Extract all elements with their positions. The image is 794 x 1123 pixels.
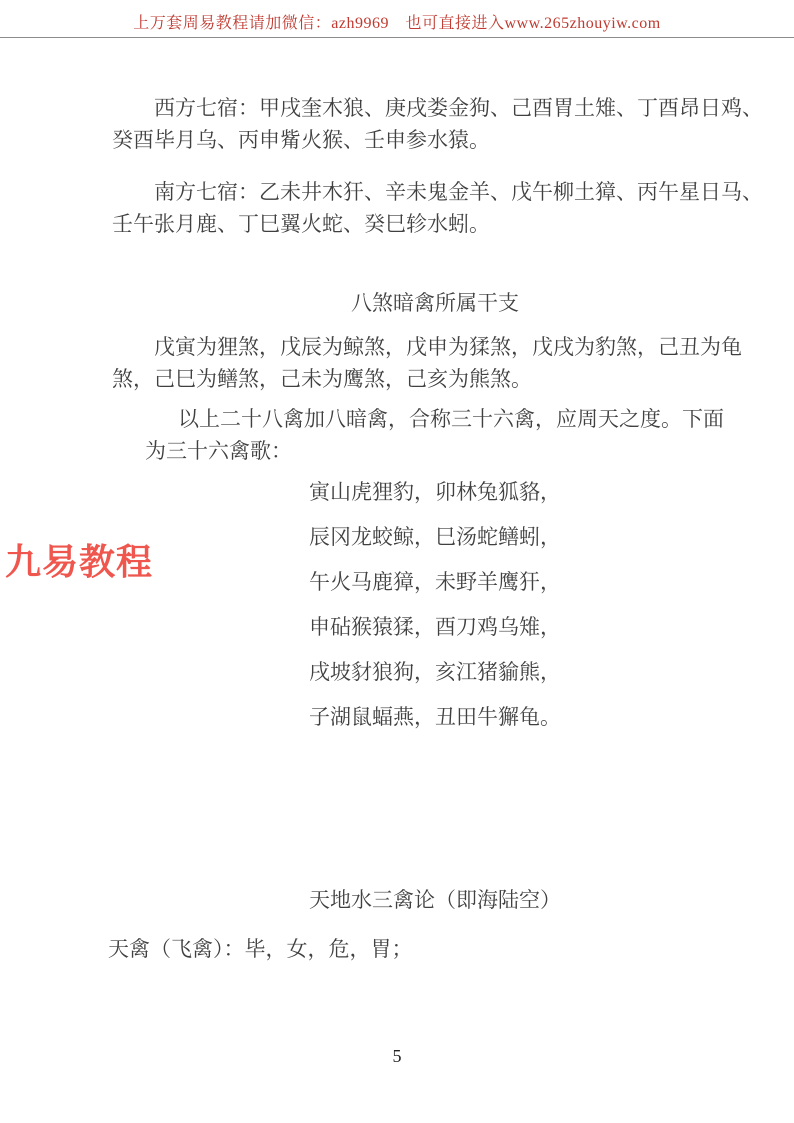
paragraph-line: 为三十六禽歌： — [112, 435, 732, 467]
heading-text: 八煞暗禽所属干支 — [351, 291, 519, 315]
paragraph-line: 癸酉毕月乌、丙申觜火猴、壬申参水猿。 — [112, 124, 732, 156]
verse-line: 午火马鹿獐，未野羊鹰犴， — [76, 560, 794, 605]
paragraph-line: 天禽（飞禽）：毕，女，危，胃； — [108, 933, 728, 965]
paragraph-line: 戊寅为狸煞，戊辰为鲸煞，戊申为猱煞，戊戌为豹煞，己丑为龟 — [112, 331, 732, 363]
watermark-text: 九易教程 — [5, 541, 153, 585]
verse-line: 戌坡豺狼狗，亥江猪貐熊， — [76, 650, 794, 695]
verse-line: 寅山虎狸豹，卯林兔狐貉， — [76, 470, 794, 515]
paragraph-west-seven-mansions: 西方七宿：甲戌奎木狼、庚戌娄金狗、己酉胃土雉、丁酉昂日鸡、 癸酉毕月乌、丙申觜火… — [112, 92, 732, 156]
verse-line: 子湖鼠蝠燕，丑田牛獬龟。 — [76, 695, 794, 740]
section-heading-eight-sha: 八煞暗禽所属干支 — [76, 287, 794, 317]
paragraph-south-seven-mansions: 南方七宿：乙未井木犴、辛未鬼金羊、戊午柳土獐、丙午星日马、 壬午张月鹿、丁巳翼火… — [112, 176, 732, 240]
page-header: 上万套周易教程请加微信：azh9969 也可直接进入www.265zhouyiw… — [0, 10, 794, 33]
paragraph-heaven-birds: 天禽（飞禽）：毕，女，危，胃； — [108, 933, 728, 965]
paragraph-line: 煞，己巳为鳝煞，己未为鹰煞，己亥为熊煞。 — [112, 363, 732, 395]
paragraph-line: 以上二十八禽加八暗禽，合称三十六禽，应周天之度。下面 — [112, 403, 732, 435]
page-number: 5 — [0, 1046, 794, 1067]
header-promo-text: 上万套周易教程请加微信：azh9969 也可直接进入www.265zhouyiw… — [133, 15, 660, 32]
paragraph-eight-sha: 戊寅为狸煞，戊辰为鲸煞，戊申为猱煞，戊戌为豹煞，己丑为龟 煞，己巳为鳝煞，己未为… — [112, 331, 732, 395]
document-page: 上万套周易教程请加微信：azh9969 也可直接进入www.265zhouyiw… — [0, 0, 794, 1123]
verse-line: 申砧猴猿猱，酉刀鸡乌雉， — [76, 605, 794, 650]
paragraph-line: 壬午张月鹿、丁巳翼火蛇、癸巳轸水蚓。 — [112, 208, 732, 240]
heading-text: 天地水三禽论（即海陆空） — [309, 888, 561, 912]
paragraph-line: 西方七宿：甲戌奎木狼、庚戌娄金狗、己酉胃土雉、丁酉昂日鸡、 — [112, 92, 732, 124]
verse-thirty-six-birds-song: 寅山虎狸豹，卯林兔狐貉， 辰冈龙蛟鲸，巳汤蛇鳝蚓， 午火马鹿獐，未野羊鹰犴， 申… — [76, 470, 794, 740]
header-divider — [0, 37, 794, 38]
paragraph-thirty-six-summary: 以上二十八禽加八暗禽，合称三十六禽，应周天之度。下面 为三十六禽歌： — [112, 403, 732, 467]
paragraph-line: 南方七宿：乙未井木犴、辛未鬼金羊、戊午柳土獐、丙午星日马、 — [112, 176, 732, 208]
verse-line: 辰冈龙蛟鲸，巳汤蛇鳝蚓， — [76, 515, 794, 560]
section-heading-three-realms: 天地水三禽论（即海陆空） — [76, 884, 794, 914]
